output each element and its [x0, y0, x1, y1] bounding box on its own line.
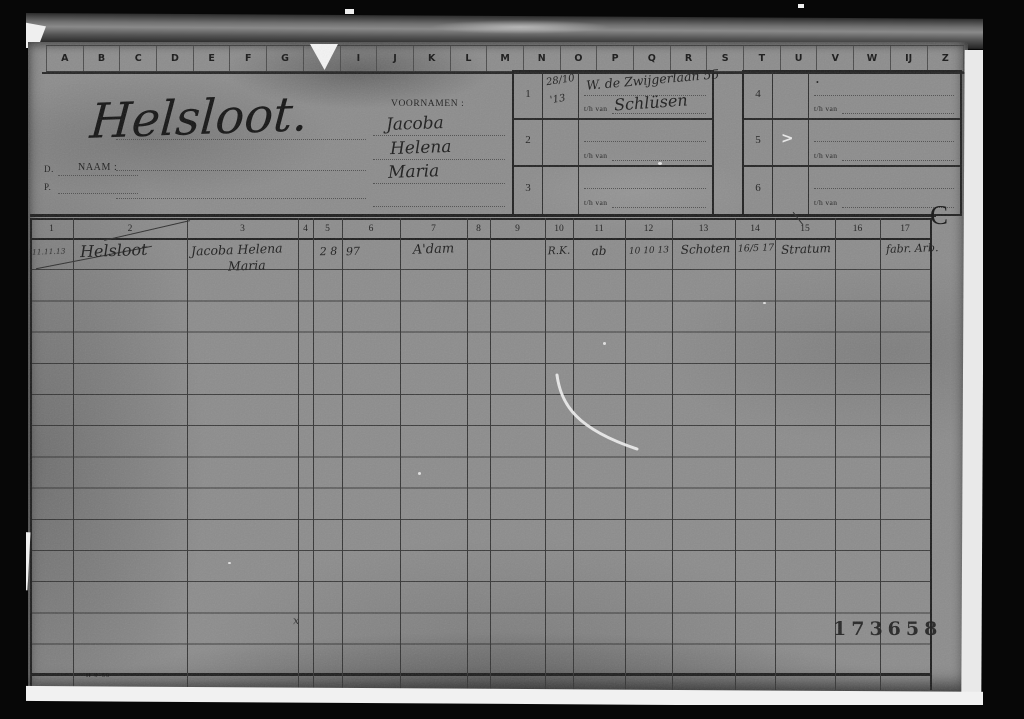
table-vline: [467, 218, 468, 690]
p-line: [58, 192, 138, 194]
abox-colline: [578, 72, 579, 214]
d-line: [58, 174, 138, 176]
abox-colline: [772, 72, 773, 214]
table-vline: [400, 218, 401, 690]
row1-place2: Schoten: [674, 241, 737, 257]
alpha-tab-g: G: [267, 46, 304, 71]
abox-number-1: 1: [514, 88, 542, 100]
row1-birthplace: A'dam: [400, 241, 467, 258]
alpha-tab-v: V: [817, 46, 854, 71]
scan-border-left: [0, 0, 26, 719]
abox-rowline: [514, 165, 712, 167]
col-header-10: 10: [545, 221, 573, 237]
form-code: H 9-50: [86, 672, 110, 679]
heavy-rule: [30, 214, 936, 217]
voornaam-2: Helena: [390, 137, 452, 159]
scan-border-bottom: [0, 705, 1024, 719]
abox4-dot-mark: •: [816, 78, 819, 87]
abox4-th-line: [842, 112, 954, 114]
abox1-th-label: t/h van: [584, 104, 607, 113]
table-vline: [342, 218, 343, 690]
alpha-tab-b: B: [84, 46, 121, 71]
voornaam-1: Jacoba: [386, 113, 444, 135]
abox5-th-line: [842, 159, 954, 161]
naam-label: NAAM :: [78, 162, 117, 173]
table-row-lines: [30, 239, 930, 676]
speck: [418, 472, 421, 475]
row1-surname: Helsloot: [80, 240, 148, 261]
row1-religion: R.K.: [545, 245, 573, 258]
table-vline: [490, 218, 491, 690]
row1-date2: 10 10 13: [626, 245, 672, 257]
abox-number-5: 5: [744, 134, 772, 146]
col-header-1: 1: [30, 221, 73, 237]
alpha-tab-f: F: [230, 46, 267, 71]
voornamen-line-4: [373, 205, 505, 207]
row1-col11-entry: ab: [573, 243, 625, 259]
page-edge-right: [961, 50, 984, 695]
table-vline: [573, 218, 574, 690]
col-header-9: 9: [490, 221, 545, 237]
col-header-16: 16: [835, 221, 880, 237]
speck: [228, 562, 231, 564]
abox-rowline: [744, 118, 960, 120]
abox2-th-label: t/h van: [584, 151, 607, 160]
section-letter: C: [930, 200, 948, 231]
pencil-x-mark: x: [293, 614, 300, 627]
table-top-border: [30, 218, 930, 220]
col-header-3: 3: [187, 221, 298, 237]
alpha-tab-l: L: [451, 46, 488, 71]
abox-number-6: 6: [744, 182, 772, 194]
rod-glare: [430, 20, 610, 34]
alphabet-tab-row: A B C D E F G I J K L M N O P Q R S T U …: [46, 45, 964, 72]
alpha-tab-z: Z: [928, 46, 965, 71]
abox4-th-label: t/h van: [814, 104, 837, 113]
table-vline: [775, 218, 776, 690]
alpha-tab-p: P: [597, 46, 634, 71]
scan-border-right: [983, 0, 1024, 719]
abox-number-3: 3: [514, 182, 542, 194]
alpha-tab-n: N: [524, 46, 561, 71]
col-header-12: 12: [625, 221, 672, 237]
row1-registration-date: 11.11.13: [32, 246, 72, 256]
speck: [603, 342, 606, 345]
abox-colline: [542, 72, 543, 214]
row1-occupation: fabr. Arb.: [886, 241, 939, 256]
alpha-tab-i: I: [341, 46, 378, 71]
table-vline: [672, 218, 673, 690]
col-header-11: 11: [573, 221, 625, 237]
speck: [658, 162, 662, 165]
alpha-tab-o: O: [561, 46, 598, 71]
col-header-7: 7: [400, 221, 467, 237]
row1-place3: Stratum: [776, 241, 836, 257]
register-card: A B C D E F G I J K L M N O P Q R S T U …: [28, 42, 968, 692]
abox3-th-label: t/h van: [584, 198, 607, 207]
abox1-th-value: Schlüsen: [613, 90, 688, 114]
table-vline: [735, 218, 736, 690]
alpha-tab-ij: IJ: [891, 46, 928, 71]
alpha-tab-j: J: [377, 46, 414, 71]
table-vline: [187, 218, 188, 690]
naam-line-3: [116, 197, 366, 199]
table-vline: [545, 218, 546, 690]
alpha-tab-e: E: [194, 46, 231, 71]
alpha-tab-c: C: [120, 46, 157, 71]
speck: [763, 302, 766, 304]
abox4-line1: [814, 94, 954, 96]
abox3-line1: [584, 187, 706, 189]
alpha-tab-w: W: [854, 46, 891, 71]
d-label: D.: [44, 164, 54, 174]
table-vline: [73, 218, 74, 690]
abox1-date-top: 28/10: [545, 73, 575, 88]
row1-date3: 16/5 17: [736, 242, 776, 254]
p-label: P.: [44, 182, 51, 192]
abox-colline: [808, 72, 809, 214]
abox-rowline: [514, 118, 712, 120]
row1-given-names-2: Maria: [228, 257, 266, 273]
table-header-underline: [30, 238, 930, 240]
col-header-13: 13: [672, 221, 735, 237]
alpha-tab-u: U: [781, 46, 818, 71]
abox2-th-line: [612, 159, 706, 161]
naam-line-2: [116, 169, 366, 171]
table-vline: [30, 218, 32, 690]
alpha-tab-m: M: [487, 46, 524, 71]
alpha-tab-d: D: [157, 46, 194, 71]
row1-birth-year: 97: [346, 245, 360, 258]
abox3-th-line: [612, 206, 706, 208]
top-speck-2: [798, 4, 804, 8]
voornamen-label: VOORNAMEN :: [391, 99, 464, 109]
abox2-line1: [584, 140, 706, 142]
abox6-line1: [814, 187, 954, 189]
abox1-address: W. de Zwijgerlaan 55: [586, 66, 720, 93]
table-vline: [313, 218, 314, 690]
abox5-white-scratch: >: [781, 129, 794, 147]
table-bottom-border: [30, 673, 930, 676]
abox-rowline: [744, 165, 960, 167]
alpha-tab-t: T: [744, 46, 781, 71]
address-block-left: 1 2 3 28/10 '13 W. de Zwijgerlaan 55 t/h…: [512, 70, 714, 216]
stamp-number: 173658: [833, 618, 942, 640]
white-scratch: [545, 367, 665, 462]
table-vline: [625, 218, 626, 690]
col-header-14: 14: [735, 221, 775, 237]
col-header-6: 6: [342, 221, 400, 237]
address-block-right: 4 5 6 • t/h van > t/h van t/h van: [742, 70, 962, 216]
abox1-date-bottom: '13: [549, 93, 566, 106]
row1-birth-day-month: 2 8: [315, 245, 342, 259]
abox5-line1: [814, 140, 954, 142]
col-header-15: 15: [775, 221, 835, 237]
alpha-tab-a: A: [46, 46, 84, 71]
voornaam-3: Maria: [388, 161, 440, 183]
abox-number-2: 2: [514, 134, 542, 146]
col-header-5: 5: [313, 221, 342, 237]
naam-handwritten: Helsloot.: [88, 86, 310, 150]
abox-number-4: 4: [744, 88, 772, 100]
scanned-document-page: A B C D E F G I J K L M N O P Q R S T U …: [0, 0, 1024, 719]
abox6-th-label: t/h van: [814, 198, 837, 207]
alpha-tab-k: K: [414, 46, 451, 71]
abox5-th-label: t/h van: [814, 151, 837, 160]
top-speck-1: [345, 9, 354, 14]
col-header-4: 4: [298, 221, 313, 237]
alpha-tab-q: Q: [634, 46, 671, 71]
col-header-8: 8: [467, 221, 490, 237]
col-header-17: 17: [880, 221, 930, 237]
row1-given-names-1: Jacoba Helena: [191, 240, 283, 258]
